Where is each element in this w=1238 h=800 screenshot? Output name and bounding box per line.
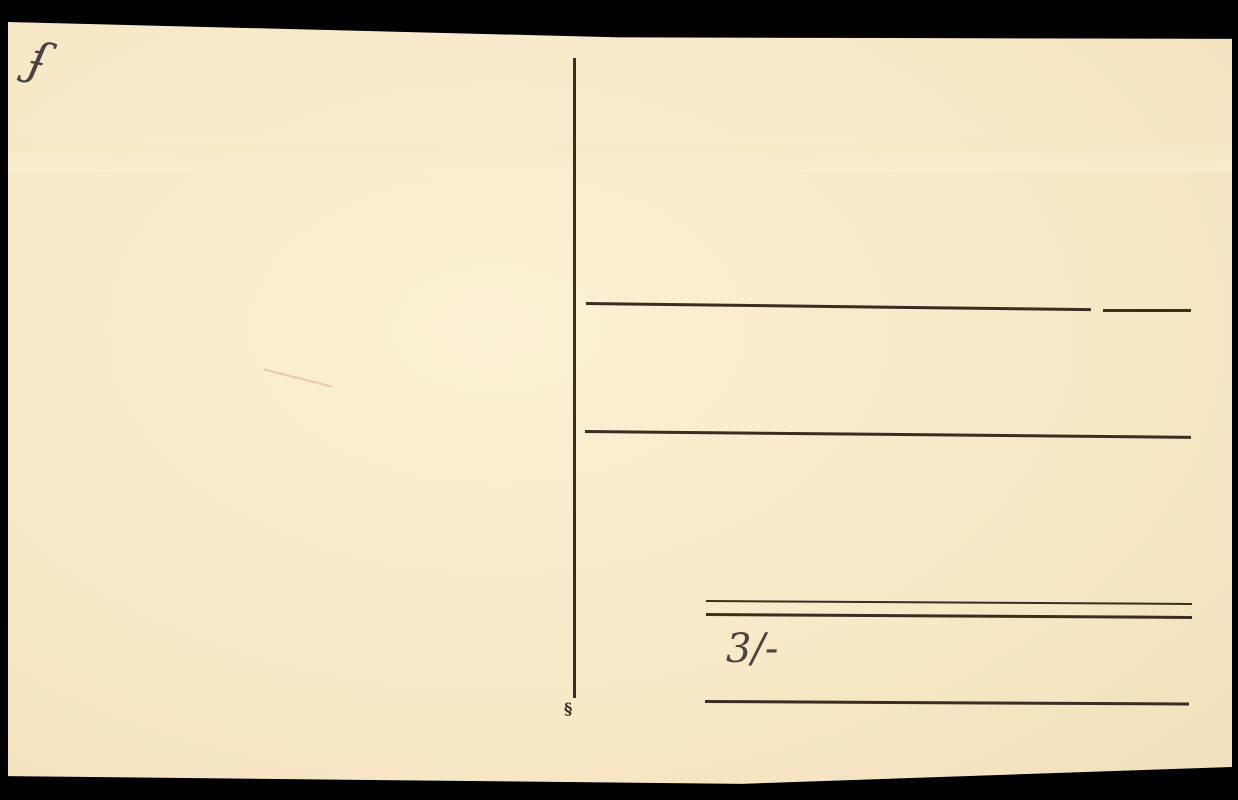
address-line-1-end xyxy=(1103,309,1191,312)
address-line-1 xyxy=(586,302,1091,311)
address-line-3a xyxy=(706,600,1192,605)
address-line-3b xyxy=(706,613,1192,619)
paper-fold-band xyxy=(8,142,1232,172)
postcard-back: § ʄ 3/- xyxy=(8,22,1232,790)
pencil-corner-mark: ʄ xyxy=(25,31,53,87)
pencil-price-mark: 3/- xyxy=(726,626,778,672)
pink-pencil-scratch xyxy=(264,369,332,388)
printer-mark: § xyxy=(564,699,572,718)
address-line-4 xyxy=(705,700,1189,706)
address-line-2 xyxy=(585,430,1191,439)
divider-line xyxy=(573,58,576,698)
